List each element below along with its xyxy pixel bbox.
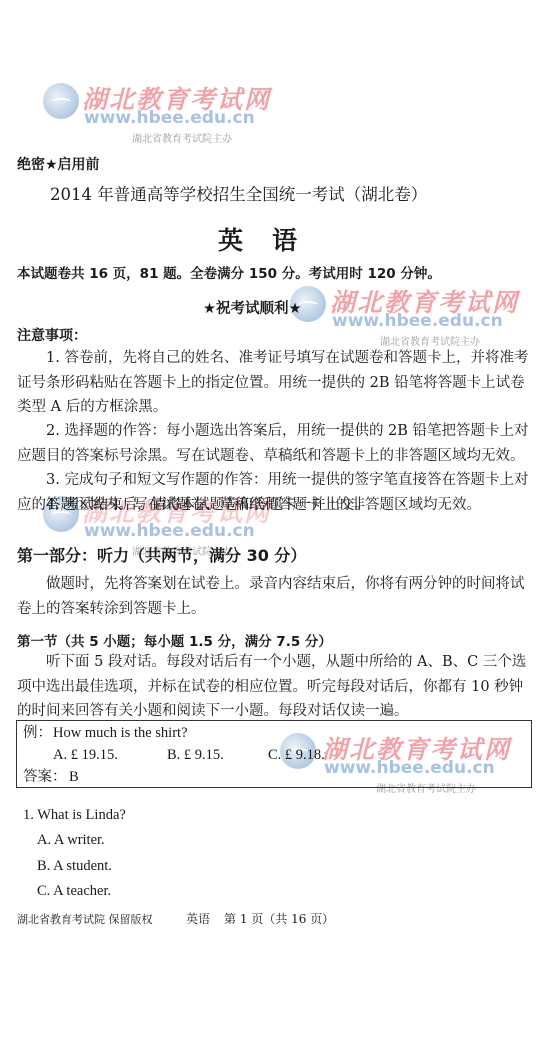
example-option-c: C. £ 9.18. <box>268 748 325 763</box>
example-label: 例： <box>23 726 52 741</box>
example-box: 例： How much is the shirt? A. £ 19.15. B.… <box>16 720 532 788</box>
example-question: How much is the shirt? <box>53 726 188 741</box>
exam-summary: 本试题卷共 16 页，81 题。全卷满分 150 分。考试用时 120 分钟。 <box>17 268 441 282</box>
wish-line: ★祝考试顺利★ <box>203 302 302 317</box>
footer-subject: 英语 <box>186 913 210 925</box>
example-option-a: A. £ 19.15. <box>53 748 118 763</box>
example-answer: B <box>69 770 79 785</box>
watermark-url: www.hbee.edu.cn <box>332 311 503 331</box>
example-answer-label: 答案： <box>23 770 67 785</box>
secret-label: 绝密★启用前 <box>17 158 100 172</box>
part1-title: 第一部分：听力（共两节，满分 30 分） <box>17 548 306 564</box>
note-item-4: 4. 考试结束后，请将本试题卷和答题卡一并上交。 <box>17 493 533 518</box>
watermark-logo-icon <box>43 83 79 119</box>
question-1-stem: 1. What is Linda? <box>23 808 126 823</box>
question-1-option-c: C. A teacher. <box>37 884 111 899</box>
section1-instructions: 听下面 5 段对话。每段对话后有一个小题，从题中所给的 A、B、C 三个选项中选… <box>17 650 533 724</box>
subject-title: 英 语 <box>218 228 299 253</box>
watermark-url: www.hbee.edu.cn <box>84 521 255 541</box>
question-1-option-b: B. A student. <box>37 859 112 874</box>
part1-intro: 做题时，先将答案划在试卷上。录音内容结束后，你将有两分钟的时间将试卷上的答案转涂… <box>17 572 533 621</box>
question-1-option-a: A. A writer. <box>37 833 105 848</box>
watermark-top: 湖北教育考试网 www.hbee.edu.cn 湖北省教育考试院主办 <box>40 80 270 150</box>
watermark-name: 湖北教育考试网 <box>330 283 519 319</box>
watermark-sponsor: 湖北省教育考试院主办 <box>132 130 232 145</box>
example-option-b: B. £ 9.15. <box>167 748 224 763</box>
watermark-url: www.hbee.edu.cn <box>84 108 255 128</box>
watermark-right-upper: 湖北教育考试网 www.hbee.edu.cn 湖北省教育考试院主办 <box>288 283 518 353</box>
section1-title: 第一节（共 5 小题；每小题 1.5 分，满分 7.5 分） <box>17 636 332 650</box>
footer-copyright: 湖北省教育考试院 保留版权 <box>17 914 153 925</box>
note-item-2: 2. 选择题的作答：每小题选出答案后，用统一提供的 2B 铅笔把答题卡上对应题目… <box>17 419 533 468</box>
watermark-name: 湖北教育考试网 <box>82 80 271 116</box>
exam-title: 2014 年普通高等学校招生全国统一考试（湖北卷） <box>50 187 427 204</box>
footer-page-number: 第 1 页（共 16 页） <box>224 913 334 925</box>
notes-title: 注意事项： <box>17 329 87 343</box>
note-item-1: 1. 答卷前，先将自己的姓名、准考证号填写在试题卷和答题卡上，并将准考证号条形码… <box>17 346 533 420</box>
